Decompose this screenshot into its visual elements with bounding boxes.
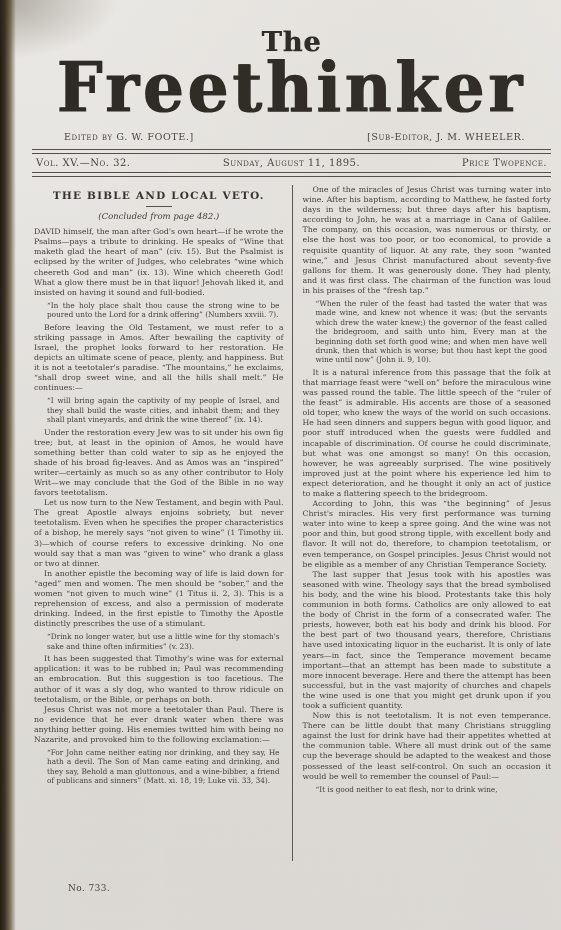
article-paragraph: Let us now turn to the New Testament, an…	[34, 498, 284, 569]
issue-footnote-number: No. 733.	[68, 884, 110, 894]
volume-number: Vol. XV.—No. 32.	[36, 158, 131, 169]
article-paragraph: According to John, this was “the beginni…	[303, 499, 552, 570]
article-paragraph: Under the restoration every Jew was to s…	[34, 428, 284, 499]
scripture-quote: “In the holy place shalt thou cause the …	[47, 301, 284, 320]
article-title: THE BIBLE AND LOCAL VETO.	[34, 191, 284, 201]
editor-name: Edited by G. W. FOOTE.]	[64, 132, 194, 143]
article-paragraph: Jesus Christ was not more a teetotaler t…	[34, 705, 284, 745]
masthead: The Freethinker	[30, 0, 553, 124]
price: Price Twopence.	[462, 158, 547, 169]
scripture-quote: “For John came neither eating nor drinki…	[47, 748, 284, 786]
newspaper-page: The Freethinker Edited by G. W. FOOTE.] …	[0, 0, 561, 930]
double-rule-bottom	[32, 172, 551, 177]
sub-editor-name: [Sub-Editor, J. M. WHEELER.	[367, 132, 525, 143]
left-column-text: DAVID himself, the man after God's own h…	[34, 227, 284, 786]
scripture-quote: “When the ruler of the feast had tasted …	[316, 299, 552, 365]
article-columns: THE BIBLE AND LOCAL VETO. (Concluded fro…	[30, 185, 553, 861]
article-paragraph: One of the miracles of Jesus Christ was …	[303, 185, 552, 296]
scripture-quote: “Drink no longer water, but use a little…	[47, 632, 284, 651]
left-column: THE BIBLE AND LOCAL VETO. (Concluded fro…	[30, 185, 292, 861]
article-paragraph: It has been suggested that Timothy's win…	[34, 654, 284, 704]
right-column: One of the miracles of Jesus Christ was …	[292, 185, 554, 861]
masthead-title: Freethinker	[30, 51, 553, 127]
article-paragraph: It is a natural inference from this pass…	[303, 368, 552, 499]
article-paragraph: Now this is not teetotalism. It is not e…	[303, 711, 552, 782]
article-continuation-note: (Concluded from page 482.)	[34, 212, 284, 222]
article-paragraph: The last supper that Jesus took with his…	[303, 570, 552, 711]
right-column-text: One of the miracles of Jesus Christ was …	[303, 185, 552, 794]
issue-bar: Vol. XV.—No. 32. Sunday, August 11, 1895…	[30, 154, 553, 172]
book-gutter-shadow	[0, 0, 16, 930]
article-paragraph: Before leaving the Old Testament, we mus…	[34, 323, 284, 394]
article-paragraph: DAVID himself, the man after God's own h…	[34, 227, 284, 298]
title-rule	[146, 206, 172, 207]
page-content: The Freethinker Edited by G. W. FOOTE.] …	[30, 0, 553, 930]
scripture-quote: “It is good neither to eat flesh, nor to…	[316, 785, 552, 794]
scripture-quote: “I will bring again the captivity of my …	[47, 396, 284, 424]
article-paragraph: In another epistle the becoming way of l…	[34, 569, 284, 630]
issue-date: Sunday, August 11, 1895.	[223, 158, 360, 169]
